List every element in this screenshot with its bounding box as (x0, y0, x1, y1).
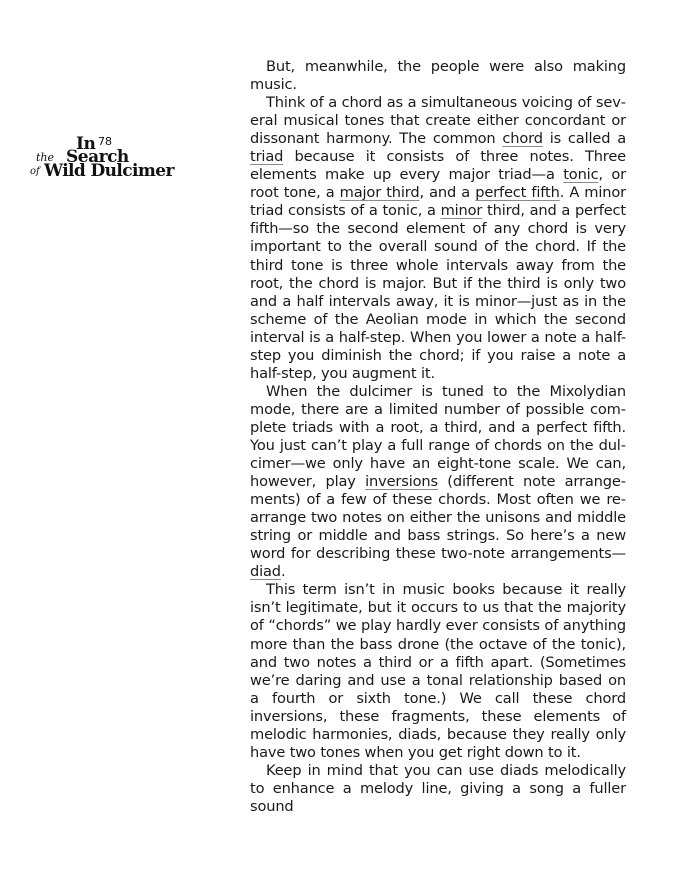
text-run: This term isn’t in music books because i… (250, 581, 626, 760)
text-run: But, meanwhile, the people were also mak… (250, 58, 626, 93)
running-head-wild-dulcimer: Wild Dulcimer (44, 163, 174, 180)
glossary-term: diad (250, 563, 281, 580)
text-run: is called a (543, 130, 626, 147)
text-run: third, and a perfect fifth—so the second… (250, 202, 626, 381)
glossary-term: tonic (563, 166, 598, 183)
running-head: In 78 the Search of Wild Dulcimer (30, 136, 180, 186)
glossary-term: inversions (365, 473, 438, 490)
body-text: But, meanwhile, the people were also mak… (250, 58, 626, 816)
glossary-term: perfect fifth (475, 184, 560, 201)
text-run: , and a (419, 184, 475, 201)
text-run: Keep in mind that you can use diads melo… (250, 762, 626, 815)
running-head-of: of (30, 166, 40, 178)
paragraph: But, meanwhile, the people were also mak… (250, 58, 626, 94)
paragraph: This term isn’t in music books because i… (250, 581, 626, 761)
paragraph: When the dulcimer is tuned to the Mixoly… (250, 383, 626, 582)
text-run: . (281, 563, 286, 580)
glossary-term: chord (502, 130, 542, 147)
glossary-term: triad (250, 148, 283, 165)
paragraph: Keep in mind that you can use diads melo… (250, 762, 626, 816)
paragraph: Think of a chord as a simultaneous voici… (250, 94, 626, 383)
glossary-term: major third (340, 184, 420, 201)
glossary-term: minor (441, 202, 483, 219)
